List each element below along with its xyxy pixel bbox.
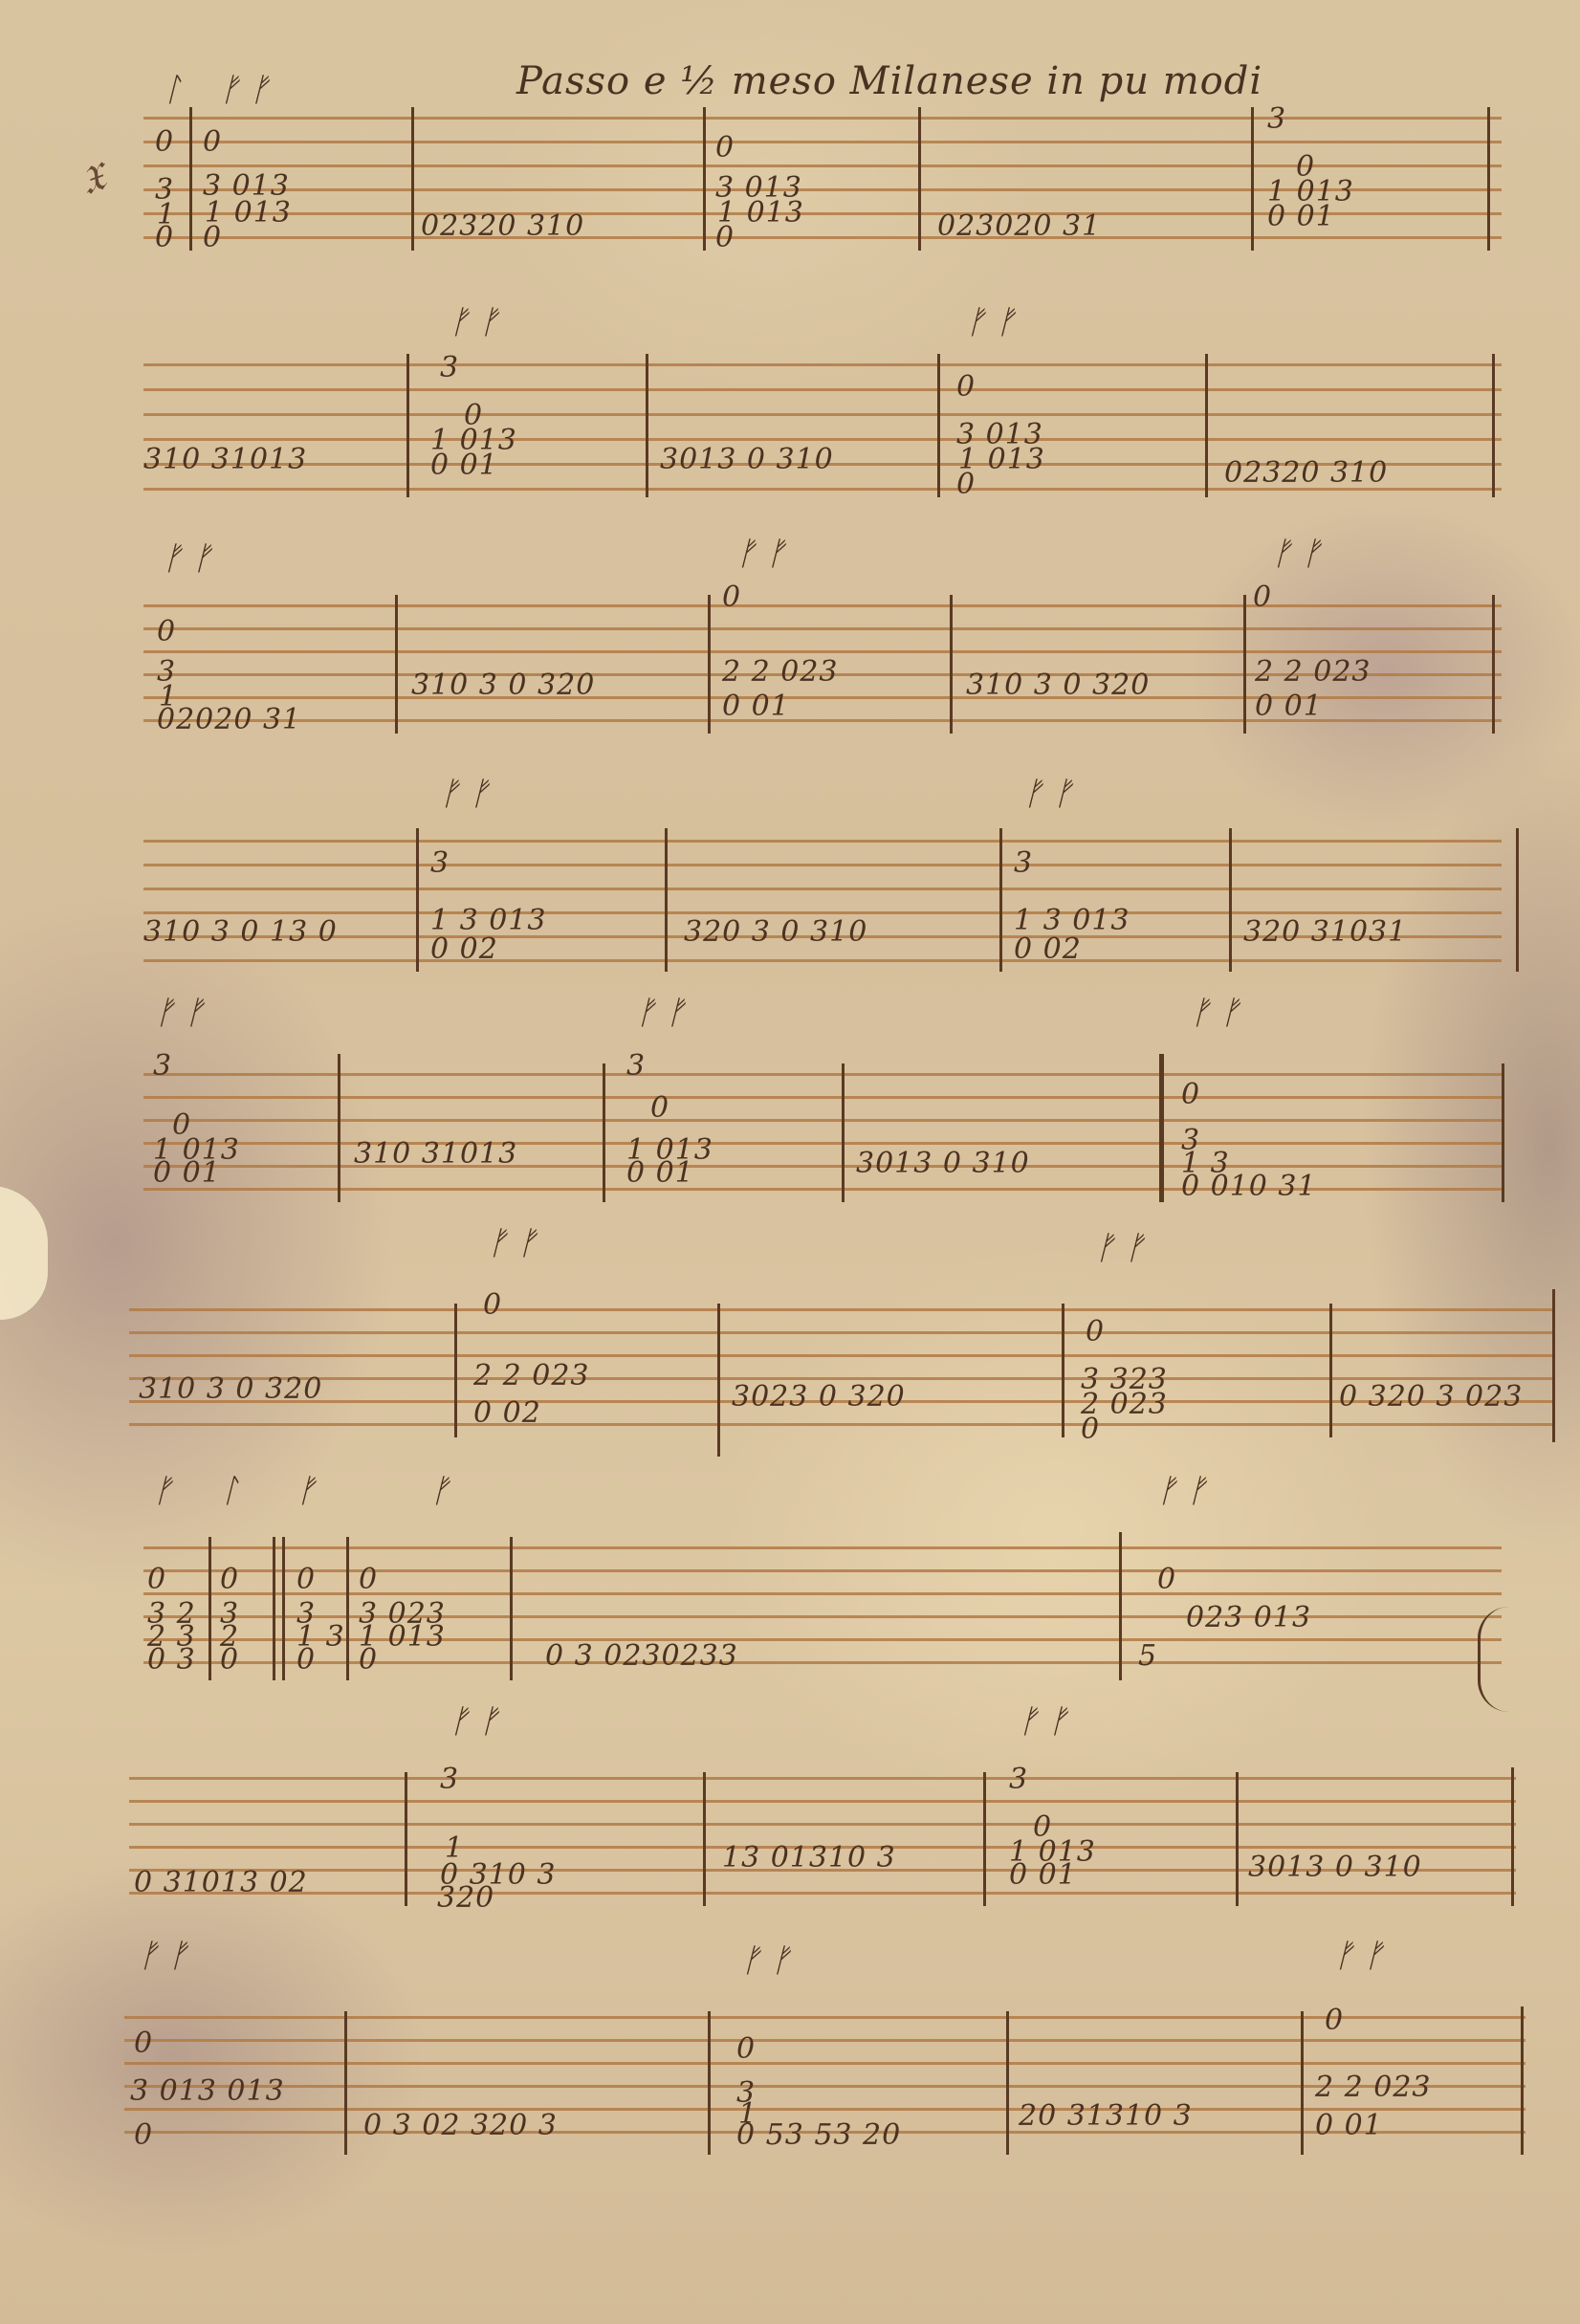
fret-cipher: 3 bbox=[1267, 105, 1286, 134]
fret-cipher: 02320 310 bbox=[421, 212, 584, 241]
fret-cipher: 0 bbox=[157, 618, 176, 647]
fret-cipher: 0 bbox=[359, 1646, 378, 1675]
fret-cipher: 20 31310 3 bbox=[1019, 2102, 1193, 2131]
tab-system-5: ᚠ ᚠ 3 0 1 013 0 01 310 31013 ᚠ ᚠ 3 0 1 0… bbox=[143, 1073, 1502, 1236]
fret-cipher: 0 bbox=[736, 2035, 756, 2064]
fret-cipher: 023020 31 bbox=[937, 212, 1101, 241]
fret-cipher: 0 01 bbox=[1267, 203, 1335, 231]
fret-cipher: 02320 310 bbox=[1224, 459, 1388, 488]
tab-system-4: 310 3 0 13 0 ᚠ ᚠ 3 1 3 013 0 02 320 3 0 … bbox=[143, 840, 1502, 1002]
fret-cipher: 0 01 bbox=[430, 451, 498, 480]
fret-cipher: 310 3 0 320 bbox=[411, 671, 595, 700]
fret-cipher: 0 bbox=[1157, 1566, 1176, 1594]
fret-cipher: 0 bbox=[715, 224, 735, 252]
fret-cipher: 0 01 bbox=[626, 1159, 694, 1188]
fret-cipher: 0 bbox=[956, 471, 976, 499]
fret-cipher: 3 bbox=[1009, 1765, 1028, 1794]
fret-cipher: 0 02 bbox=[430, 935, 498, 964]
rhythm-sign: ᛚ bbox=[220, 1475, 239, 1507]
fret-cipher: 3 bbox=[440, 1765, 459, 1794]
fret-cipher: 02020 31 bbox=[157, 706, 301, 734]
fret-cipher: 0 01 bbox=[1315, 2112, 1383, 2140]
fret-cipher: 0 bbox=[715, 134, 735, 163]
fret-cipher: 0 31013 02 bbox=[134, 1869, 308, 1897]
rhythm-sign: ᚠ ᚠ bbox=[1157, 1475, 1207, 1507]
rhythm-sign: ᚠ bbox=[296, 1475, 316, 1507]
fret-cipher: 310 3 0 320 bbox=[139, 1375, 322, 1404]
fret-cipher: 0 02 bbox=[1014, 935, 1082, 964]
rhythm-sign: ᚠ ᚠ bbox=[1023, 778, 1073, 810]
fret-cipher: 320 3 0 310 bbox=[684, 918, 867, 947]
rhythm-sign: ᚠ bbox=[153, 1475, 172, 1507]
fret-cipher: 3 013 013 bbox=[130, 2077, 285, 2106]
rhythm-sign: ᚠ ᚠ bbox=[488, 1227, 538, 1260]
fret-cipher: 0 010 31 bbox=[1181, 1173, 1317, 1201]
rhythm-sign: ᚠ ᚠ bbox=[450, 1705, 499, 1738]
fret-cipher: 0 bbox=[134, 2121, 153, 2150]
fret-cipher: 0 bbox=[1253, 583, 1272, 612]
fret-cipher: 3013 0 310 bbox=[1248, 1853, 1422, 1882]
fret-cipher: 2 2 023 bbox=[1315, 2073, 1432, 2102]
fret-cipher: 3013 0 310 bbox=[660, 446, 834, 474]
rhythm-sign: ᚠ ᚠ bbox=[1095, 1232, 1145, 1264]
rhythm-sign: ᚠ ᚠ bbox=[450, 306, 499, 339]
fret-cipher: 0 01 bbox=[1255, 692, 1323, 721]
margin-mark: 𝔛 bbox=[75, 155, 112, 205]
fret-cipher: 0 bbox=[155, 224, 174, 252]
end-bracket bbox=[1478, 1607, 1509, 1712]
fret-cipher: 0 320 3 023 bbox=[1339, 1383, 1523, 1412]
fret-cipher: 0 bbox=[296, 1566, 316, 1594]
fret-cipher: 3 bbox=[153, 1052, 172, 1081]
rhythm-sign: ᚠ ᚠ bbox=[736, 537, 786, 570]
fret-cipher: 0 bbox=[1086, 1318, 1105, 1347]
tab-system-6: 310 3 0 320 ᚠ ᚠ 0 2 2 023 0 02 3023 0 32… bbox=[129, 1308, 1554, 1471]
fret-cipher: 310 3 0 13 0 bbox=[143, 918, 338, 947]
fret-cipher: 0 02 bbox=[473, 1399, 541, 1428]
fret-cipher: 3023 0 320 bbox=[732, 1383, 906, 1412]
fret-cipher: 0 53 53 20 bbox=[736, 2121, 901, 2150]
fret-cipher: 3 bbox=[1014, 849, 1033, 878]
fret-cipher: 023 013 bbox=[1186, 1604, 1311, 1633]
piece-title: Passo e ½ meso Milanese in pu modi bbox=[516, 59, 1262, 103]
rhythm-sign: ᚠ ᚠ bbox=[220, 74, 270, 106]
fret-cipher: 0 bbox=[956, 373, 976, 402]
fret-cipher: 13 01310 3 bbox=[722, 1844, 896, 1873]
fret-cipher: 5 bbox=[1138, 1642, 1157, 1671]
rhythm-sign: ᚠ ᚠ bbox=[440, 778, 490, 810]
rhythm-sign: ᚠ bbox=[430, 1475, 450, 1507]
tab-system-1: ᛚ ᚠ ᚠ 0 3 1 0 0 3 013 1 013 0 02320 310 … bbox=[143, 117, 1502, 279]
fret-cipher: 0 3 0230233 bbox=[545, 1642, 738, 1671]
rhythm-sign: ᚠ ᚠ bbox=[741, 1944, 791, 1977]
fret-cipher: 0 bbox=[203, 224, 222, 252]
fret-cipher: 3 bbox=[626, 1052, 646, 1081]
rhythm-sign: ᚠ ᚠ bbox=[966, 306, 1016, 339]
tab-system-2: 310 31013 ᚠ ᚠ 3 0 1 013 0 01 3013 0 310 … bbox=[143, 363, 1502, 526]
fret-cipher: 310 31013 bbox=[143, 446, 307, 474]
fret-cipher: 1 3 013 bbox=[1014, 907, 1130, 935]
fret-cipher: 0 bbox=[1325, 2006, 1344, 2035]
rhythm-sign: ᚠ ᚠ bbox=[1334, 1940, 1384, 1972]
fret-cipher: 0 bbox=[220, 1566, 239, 1594]
rhythm-sign: ᚠ ᚠ bbox=[155, 997, 205, 1029]
fret-cipher: 1 3 013 bbox=[430, 907, 547, 935]
rhythm-sign: ᛚ bbox=[163, 74, 182, 106]
fret-cipher: 310 31013 bbox=[354, 1140, 517, 1169]
rhythm-sign: ᚠ ᚠ bbox=[139, 1940, 188, 1972]
fret-cipher: 0 bbox=[155, 128, 174, 157]
fret-cipher: 0 bbox=[483, 1291, 502, 1320]
fret-cipher: 0 bbox=[359, 1566, 378, 1594]
fret-cipher: 0 bbox=[722, 583, 741, 612]
rhythm-sign: ᚠ ᚠ bbox=[636, 997, 686, 1029]
rhythm-sign: ᚠ ᚠ bbox=[163, 542, 212, 575]
rhythm-sign: ᚠ ᚠ bbox=[1191, 997, 1240, 1029]
fret-cipher: 310 3 0 320 bbox=[966, 671, 1150, 700]
fret-cipher: 0 bbox=[203, 128, 222, 157]
fret-cipher: 0 01 bbox=[1009, 1861, 1077, 1890]
fret-cipher: 0 01 bbox=[722, 692, 790, 721]
fret-cipher: 2 2 023 bbox=[473, 1362, 590, 1391]
paper-damage bbox=[0, 1186, 48, 1320]
fret-cipher: 0 bbox=[147, 1566, 166, 1594]
fret-cipher: 3 bbox=[440, 354, 459, 383]
rhythm-sign: ᚠ ᚠ bbox=[1019, 1705, 1068, 1738]
fret-cipher: 0 bbox=[650, 1094, 669, 1123]
fret-cipher: 0 bbox=[220, 1646, 239, 1675]
fret-cipher: 3 bbox=[430, 849, 450, 878]
fret-cipher: 0 bbox=[296, 1646, 316, 1675]
fret-cipher: 0 3 02 320 3 bbox=[363, 2112, 558, 2140]
fret-cipher: 0 bbox=[1081, 1415, 1100, 1444]
fret-cipher: 2 2 023 bbox=[722, 658, 839, 687]
manuscript-page: Passo e ½ meso Milanese in pu modi 𝔛 ᛚ ᚠ… bbox=[0, 0, 1580, 2324]
tab-system-8: 0 31013 02 ᚠ ᚠ 3 1 0 310 3 320 13 01310 … bbox=[129, 1777, 1516, 1940]
fret-cipher: 0 bbox=[134, 2029, 153, 2058]
fret-cipher: 0 3 bbox=[147, 1646, 196, 1675]
tab-system-3: ᚠ ᚠ 0 3 1 02020 31 310 3 0 320 ᚠ ᚠ 0 2 2… bbox=[143, 604, 1502, 767]
fret-cipher: 320 31031 bbox=[1243, 918, 1407, 947]
fret-cipher: 3013 0 310 bbox=[856, 1150, 1030, 1178]
fret-cipher: 0 01 bbox=[153, 1159, 221, 1188]
fret-cipher: 0 bbox=[1181, 1081, 1200, 1109]
tab-system-9: ᚠ ᚠ 0 3 013 013 0 0 3 02 320 3 ᚠ ᚠ 0 3 1… bbox=[124, 2016, 1525, 2179]
tab-system-7: ᚠ 0 3 2 2 3 0 3 ᛚ 0 3 2 0 ᚠ 0 3 1 3 0 ᚠ … bbox=[143, 1546, 1502, 1709]
rhythm-sign: ᚠ ᚠ bbox=[1272, 537, 1322, 570]
fret-cipher: 320 bbox=[437, 1884, 494, 1913]
fret-cipher: 2 2 023 bbox=[1255, 658, 1372, 687]
